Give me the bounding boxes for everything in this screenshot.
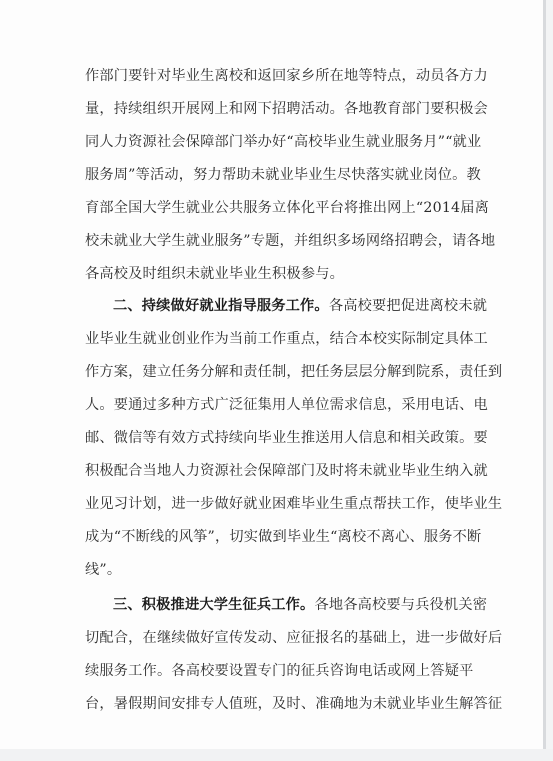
- body-line: 业见习计划，进一步做好就业困难毕业生重点帮扶工作，使毕业生: [85, 495, 454, 513]
- body-line: 各高校及时组织未就业毕业生积极参与。: [85, 265, 454, 283]
- body-line: 续服务工作。各高校要设置专门的征兵咨询电话或网上答疑平: [85, 662, 454, 680]
- body-line: 量，持续组织开展网上和网下招聘活动。各地教育部门要积极会: [85, 100, 454, 118]
- body-line: 作部门要针对毕业生离校和返回家乡所在地等特点，动员各方力: [85, 67, 454, 85]
- body-line: 邮、微信等有效方式持续向毕业生推送用人信息和相关政策。要: [85, 429, 454, 447]
- body-line: 服务周”等活动，努力帮助未就业毕业生尽快落实就业岗位。教: [85, 166, 454, 184]
- body-line: 积极配合当地人力资源社会保障部门及时将未就业毕业生纳入就: [85, 462, 454, 480]
- body-line: 育部全国大学生就业公共服务立体化平台将推出网上“2014届离: [85, 199, 454, 217]
- body-line: 校未就业大学生就业服务”专题，并组织多场网络招聘会，请各地: [85, 232, 454, 250]
- body-line: 切配合，在继续做好宣传发动、应征报名的基础上，进一步做好后: [85, 629, 454, 647]
- section-heading-3: 三、积极推进大学生征兵工作。: [113, 597, 314, 613]
- section-3-text: 各地各高校要与兵役机关密: [314, 597, 487, 613]
- section-3-first-line: 三、积极推进大学生征兵工作。各地各高校要与兵役机关密: [113, 596, 454, 614]
- document-page: 作部门要针对毕业生离校和返回家乡所在地等特点，动员各方力 量，持续组织开展网上和…: [0, 0, 546, 749]
- body-line: 台，暑假期间安排专人值班，及时、准确地为未就业毕业生解答征: [85, 695, 454, 713]
- body-line: 作方案，建立任务分解和责任制，把任务层层分解到院系，责任到: [85, 363, 454, 381]
- body-line: 线”。: [85, 561, 454, 579]
- page-edge: [546, 0, 553, 761]
- section-heading-2: 二、持续做好就业指导服务工作。: [113, 298, 329, 314]
- section-2-text: 各高校要把促进离校未就: [329, 298, 487, 314]
- section-2-first-line: 二、持续做好就业指导服务工作。各高校要把促进离校未就: [113, 297, 454, 315]
- page-bottom-edge: [0, 749, 553, 761]
- body-line: 同人力资源社会保障部门举办好“高校毕业生就业服务月”“就业: [85, 133, 454, 151]
- body-line: 业毕业生就业创业作为当前工作重点，结合本校实际制定具体工: [85, 330, 454, 348]
- body-line: 人。要通过多种方式广泛征集用人单位需求信息，采用电话、电: [85, 396, 454, 414]
- body-line: 成为“不断线的风筝”，切实做到毕业生“离校不离心、服务不断: [85, 528, 454, 546]
